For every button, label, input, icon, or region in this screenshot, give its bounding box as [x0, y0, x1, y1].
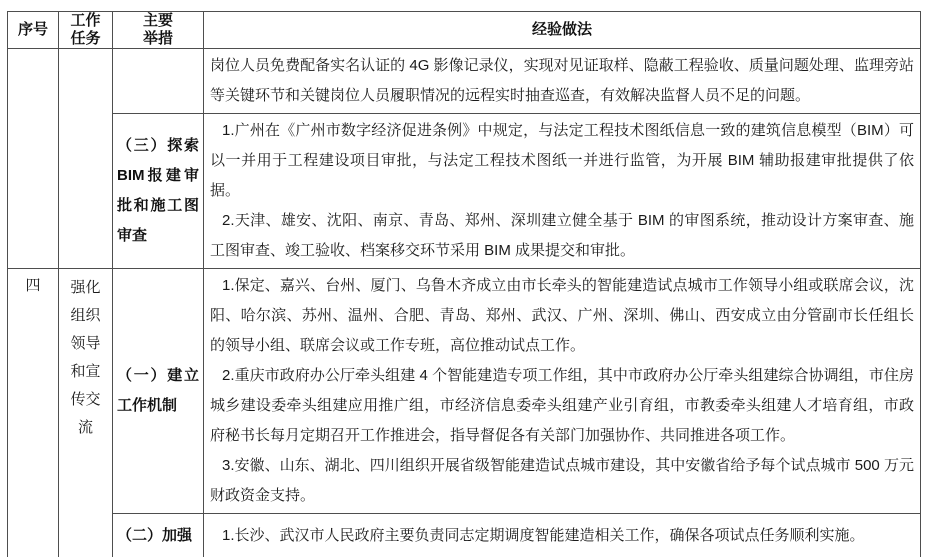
- document-page: 序号 工作 任务 主要 举措 经验做法 岗位人员免费配备实名认证的 4G 影像记…: [0, 0, 927, 557]
- cell-experience-mechanism: 1.保定、嘉兴、台州、厦门、乌鲁木齐成立由市长牵头的智能建造试点城市工作领导小组…: [204, 269, 921, 514]
- cell-serial-empty: [8, 49, 59, 269]
- paragraph: 3.安徽、山东、湖北、四川组织开展省级智能建造试点城市建设，其中安徽省给予每个试…: [210, 451, 914, 511]
- cell-task-empty: [59, 49, 113, 269]
- cell-experience-recorder: 岗位人员免费配备实名认证的 4G 影像记录仪，实现对见证取样、隐蔽工程验收、质量…: [204, 49, 921, 114]
- header-measure: 主要 举措: [113, 12, 204, 49]
- cell-experience-bim: 1.广州在《广州市数字经济促进条例》中规定，与法定工程技术图纸信息一致的建筑信息…: [204, 114, 921, 269]
- cell-measure-empty: [113, 49, 204, 114]
- cell-task-organization: 强化组织领导和宣传交流: [59, 269, 113, 557]
- cell-serial-four: 四: [8, 269, 59, 557]
- header-experience: 经验做法: [204, 12, 921, 49]
- table-row-bim: （三）探索BIM报建审批和施工图审查 1.广州在《广州市数字经济促进条例》中规定…: [8, 114, 921, 269]
- header-serial: 序号: [8, 12, 59, 49]
- paragraph: 1.长沙、武汉市人民政府主要负责同志定期调度智能建造相关工作，确保各项试点任务顺…: [210, 521, 914, 551]
- experience-table: 序号 工作 任务 主要 举措 经验做法 岗位人员免费配备实名认证的 4G 影像记…: [7, 11, 921, 557]
- paragraph: 1.保定、嘉兴、台州、厦门、乌鲁木齐成立由市长牵头的智能建造试点城市工作领导小组…: [210, 271, 914, 361]
- cell-measure-strengthen: （二）加强: [113, 514, 204, 557]
- table-row-continuation: 岗位人员免费配备实名认证的 4G 影像记录仪，实现对见证取样、隐蔽工程验收、质量…: [8, 49, 921, 114]
- table-row-mechanism: 四 强化组织领导和宣传交流 （一）建立工作机制 1.保定、嘉兴、台州、厦门、乌鲁…: [8, 269, 921, 514]
- paragraph: 岗位人员免费配备实名认证的 4G 影像记录仪，实现对见证取样、隐蔽工程验收、质量…: [210, 51, 914, 111]
- header-task: 工作 任务: [59, 12, 113, 49]
- cell-experience-strengthen: 1.长沙、武汉市人民政府主要负责同志定期调度智能建造相关工作，确保各项试点任务顺…: [204, 514, 921, 557]
- paragraph: 2.重庆市政府办公厅牵头组建 4 个智能建造专项工作组，其中市政府办公厅牵头组建…: [210, 361, 914, 451]
- paragraph: 2.天津、雄安、沈阳、南京、青岛、郑州、深圳建立健全基于 BIM 的审图系统，推…: [210, 206, 914, 266]
- paragraph: 1.广州在《广州市数字经济促进条例》中规定，与法定工程技术图纸信息一致的建筑信息…: [210, 116, 914, 206]
- cell-measure-mechanism: （一）建立工作机制: [113, 269, 204, 514]
- cell-measure-bim: （三）探索BIM报建审批和施工图审查: [113, 114, 204, 269]
- table-header-row: 序号 工作 任务 主要 举措 经验做法: [8, 12, 921, 49]
- table-row-strengthen: （二）加强 1.长沙、武汉市人民政府主要负责同志定期调度智能建造相关工作，确保各…: [8, 514, 921, 557]
